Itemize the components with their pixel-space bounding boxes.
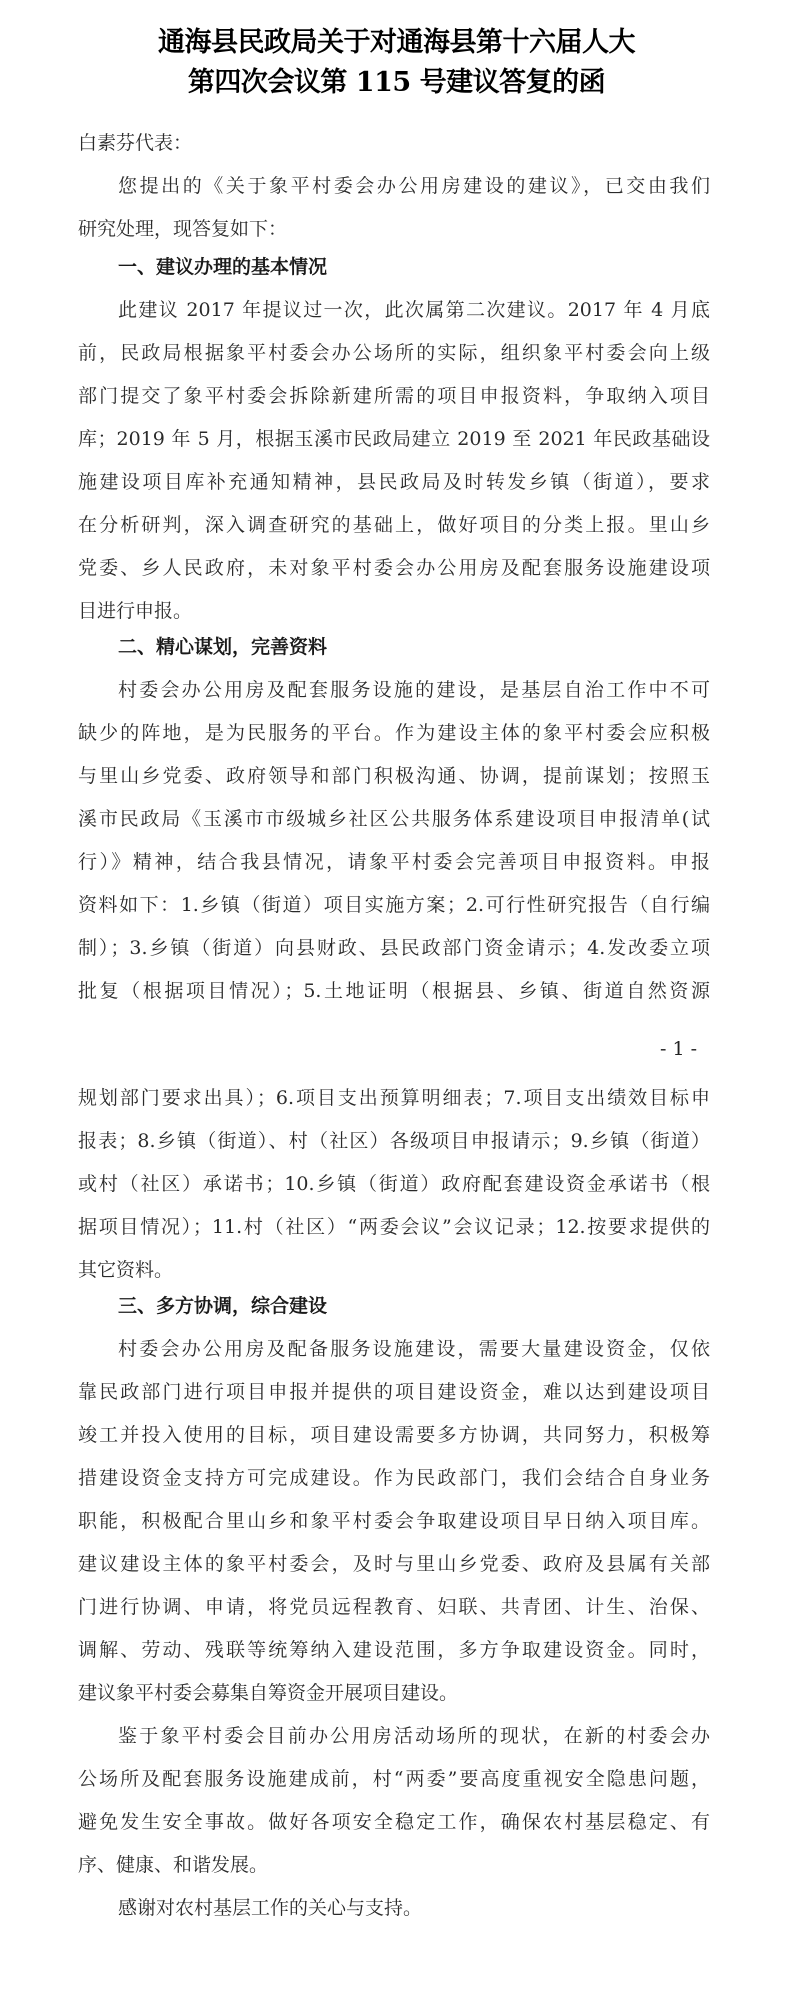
paragraph-line: 村委会办公用房及配套服务设施的建设，是基层自治工作中不可	[118, 675, 710, 702]
intro-line: 研究处理，现答复如下：	[78, 214, 710, 241]
paragraph-line: 此建议 2017 年提议过一次，此次属第二次建议。2017 年 4 月底	[118, 295, 710, 322]
paragraph-line: 在分析研判，深入调查研究的基础上，做好项目的分类上报。里山乡	[78, 510, 710, 537]
paragraph-line: 调解、劳动、残联等统筹纳入建设范围，多方争取建设资金。同时，	[78, 1635, 710, 1662]
paragraph-line: 措建设资金支持方可完成建设。作为民政部门，我们会结合自身业务	[78, 1463, 710, 1490]
paragraph-line: 报表；8.乡镇（街道）、村（社区）各级项目申报请示；9.乡镇（街道）	[78, 1126, 710, 1153]
paragraph-line: 建议建设主体的象平村委会，及时与里山乡党委、政府及县属有关部	[78, 1549, 710, 1576]
paragraph-line: 鉴于象平村委会目前办公用房活动场所的现状，在新的村委会办	[118, 1721, 710, 1748]
paragraph-line: 据项目情况）；11.村（社区）“两委会议”会议记录；12.按要求提供的	[78, 1212, 710, 1239]
paragraph-line: 施建设项目库补充通知精神，县民政局及时转发乡镇（街道），要求	[78, 467, 710, 494]
paragraph-line: 党委、乡人民政府，未对象平村委会办公用房及配套服务设施建设项	[78, 553, 710, 580]
paragraph-line: 或村（社区）承诺书；10.乡镇（街道）政府配套建设资金承诺书（根	[78, 1169, 710, 1196]
intro-line: 您提出的《关于象平村委会办公用房建设的建议》，已交由我们	[118, 171, 710, 198]
thanks-line: 感谢对农村基层工作的关心与支持。	[118, 1893, 710, 1920]
paragraph-line: 批复（根据项目情况）；5.土地证明（根据县、乡镇、街道自然资源	[78, 976, 710, 1003]
paragraph-line: 部门提交了象平村委会拆除新建所需的项目申报资料，争取纳入项目	[78, 381, 710, 408]
paragraph-line: 缺少的阵地，是为民服务的平台。作为建设主体的象平村委会应积极	[78, 718, 710, 745]
paragraph-line: 靠民政部门进行项目申报并提供的项目建设资金，难以达到建设项目	[78, 1377, 710, 1404]
paragraph-line: 建议象平村委会募集自筹资金开展项目建设。	[78, 1678, 710, 1705]
document-title-line-1: 通海县民政局关于对通海县第十六届人大	[0, 20, 793, 59]
paragraph-line: 与里山乡党委、政府领导和部门积极沟通、协调，提前谋划；按照玉	[78, 761, 710, 788]
document-title-line-2: 第四次会议第 115 号建议答复的函	[0, 60, 793, 99]
paragraph-line: 公场所及配套服务设施建成前，村“两委”要高度重视安全隐患问题，	[78, 1764, 710, 1791]
section-heading-1: 一、建议办理的基本情况	[118, 252, 327, 279]
paragraph-line: 门进行协调、申请，将党员远程教育、妇联、共青团、计生、治保、	[78, 1592, 710, 1619]
paragraph-line: 规划部门要求出具）；6.项目支出预算明细表；7.项目支出绩效目标申	[78, 1083, 710, 1110]
paragraph-line: 行）》精神，结合我县情况，请象平村委会完善项目申报资料。申报	[78, 847, 710, 874]
page-number-1: - 1 -	[660, 1038, 697, 1060]
paragraph-line: 其它资料。	[78, 1255, 710, 1282]
section-heading-3: 三、多方协调，综合建设	[118, 1291, 327, 1318]
paragraph-line: 村委会办公用房及配备服务设施建设，需要大量建设资金，仅依	[118, 1334, 710, 1361]
paragraph-line: 资料如下：1.乡镇（街道）项目实施方案；2.可行性研究报告（自行编	[78, 890, 710, 917]
salutation: 白素芬代表：	[78, 128, 710, 155]
paragraph-line: 职能，积极配合里山乡和象平村委会争取建设项目早日纳入项目库。	[78, 1506, 710, 1533]
paragraph-line: 序、健康、和谐发展。	[78, 1850, 710, 1877]
paragraph-line: 溪市民政局《玉溪市市级城乡社区公共服务体系建设项目申报清单(试	[78, 804, 710, 831]
paragraph-line: 制）；3.乡镇（街道）向县财政、县民政部门资金请示；4.发改委立项	[78, 933, 710, 960]
paragraph-line: 避免发生安全事故。做好各项安全稳定工作，确保农村基层稳定、有	[78, 1807, 710, 1834]
paragraph-line: 目进行申报。	[78, 596, 710, 623]
section-heading-2: 二、精心谋划，完善资料	[118, 632, 327, 659]
paragraph-line: 竣工并投入使用的目标，项目建设需要多方协调，共同努力，积极筹	[78, 1420, 710, 1447]
paragraph-line: 库；2019 年 5 月，根据玉溪市民政局建立 2019 至 2021 年民政基…	[78, 424, 710, 451]
paragraph-line: 前，民政局根据象平村委会办公场所的实际，组织象平村委会向上级	[78, 338, 710, 365]
